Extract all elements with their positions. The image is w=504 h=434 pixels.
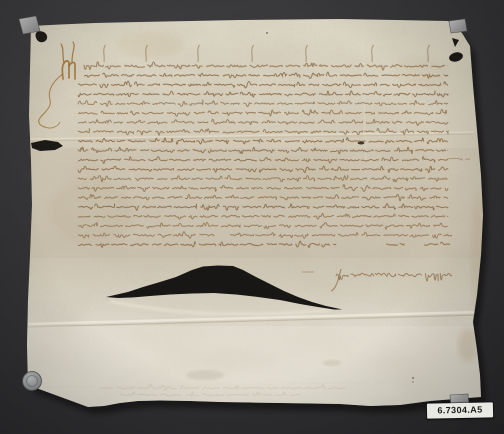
speck [412,381,414,383]
catalog-label-text: 6.7304.A5 [437,406,482,416]
archival-photo: 6.7304.A5 [0,0,504,434]
speck [412,377,414,379]
seal-or-weight-disc [23,372,42,391]
mounting-clip-top-left [19,16,40,34]
lower-flap-highlight [20,326,490,411]
catalog-label: 6.7304.A5 [427,402,493,418]
stain [394,57,446,87]
ink-blot [358,142,365,145]
mounting-clip-top-right [449,19,467,33]
stain [238,156,362,208]
speck [266,32,268,34]
stain [50,182,134,242]
parchment-photo-canvas [0,0,504,434]
stain [116,32,184,58]
